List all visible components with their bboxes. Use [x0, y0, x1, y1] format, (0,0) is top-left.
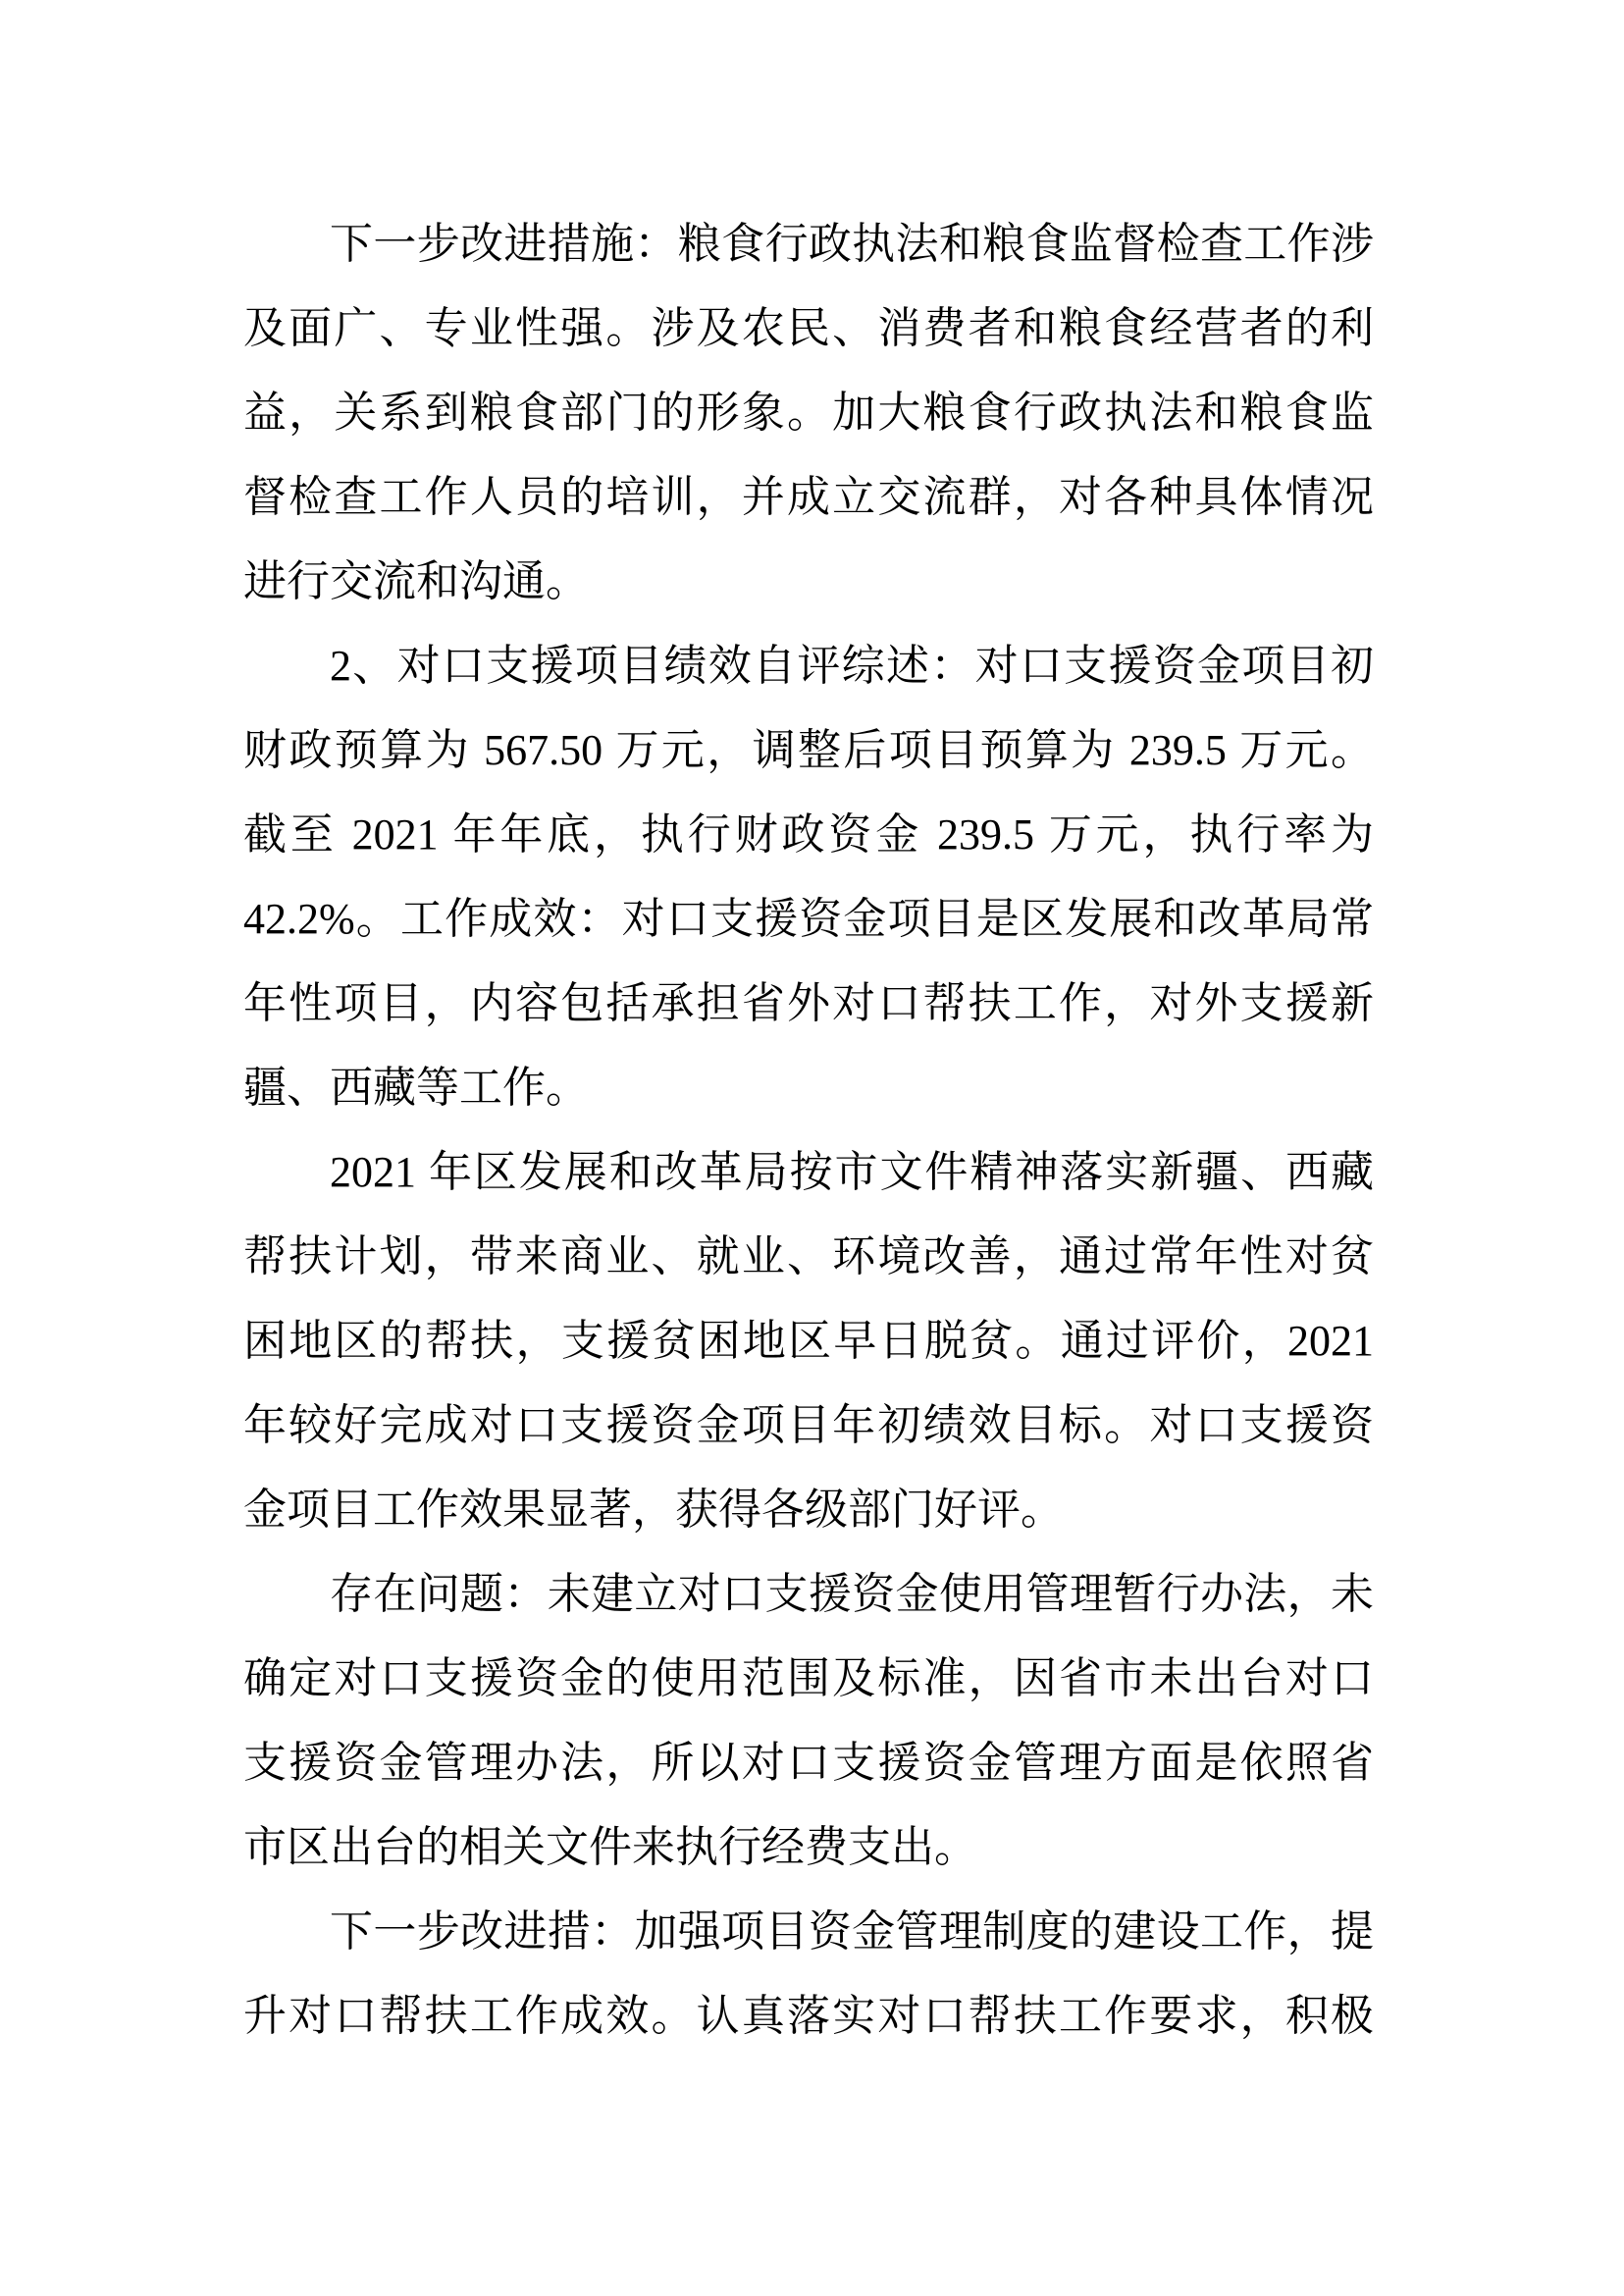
text-line: 督检查工作人员的培训，并成立交流群，对各种具体情况: [243, 455, 1374, 540]
text-line: 困地区的帮扶，支援贫困地区早日脱贫。通过评价，2021: [243, 1299, 1374, 1383]
text-line: 年性项目，内容包括承担省外对口帮扶工作，对外支援新: [243, 962, 1374, 1046]
text-line: 金项目工作效果显著，获得各级部门好评。: [243, 1468, 1374, 1552]
text-line: 年较好完成对口支援资金项目年初绩效目标。对口支援资: [243, 1383, 1374, 1468]
paragraph-improvement-measures-funds: 下一步改进措：加强项目资金管理制度的建设工作，提 升对口帮扶工作成效。认真落实对…: [243, 1890, 1374, 2059]
text-line: 帮扶计划，带来商业、就业、环境改善，通过常年性对贫: [243, 1215, 1374, 1299]
text-line: 存在问题：未建立对口支援资金使用管理暂行办法，未: [243, 1552, 1374, 1637]
text-line: 及面广、专业性强。涉及农民、消费者和粮食经营者的利: [243, 287, 1374, 371]
text-line: 42.2%。工作成效：对口支援资金项目是区发展和改革局常: [243, 877, 1374, 962]
paragraph-2021-assistance-plan: 2021 年区发展和改革局按市文件精神落实新疆、西藏 帮扶计划，带来商业、就业、…: [243, 1130, 1374, 1552]
text-line: 益，关系到粮食部门的形象。加大粮食行政执法和粮食监: [243, 371, 1374, 455]
paragraph-improvement-measures-grain: 下一步改进措施：粮食行政执法和粮食监督检查工作涉 及面广、专业性强。涉及农民、消…: [243, 202, 1374, 624]
text-line: 升对口帮扶工作成效。认真落实对口帮扶工作要求，积极: [243, 1974, 1374, 2059]
text-line: 下一步改进措：加强项目资金管理制度的建设工作，提: [243, 1890, 1374, 1974]
document-page: 下一步改进措施：粮食行政执法和粮食监督检查工作涉 及面广、专业性强。涉及农民、消…: [0, 0, 1624, 2296]
paragraph-existing-problems: 存在问题：未建立对口支援资金使用管理暂行办法，未 确定对口支援资金的使用范围及标…: [243, 1552, 1374, 1890]
text-line: 疆、西藏等工作。: [243, 1046, 1374, 1130]
document-text-block: 下一步改进措施：粮食行政执法和粮食监督检查工作涉 及面广、专业性强。涉及农民、消…: [243, 202, 1374, 2059]
text-line: 下一步改进措施：粮食行政执法和粮食监督检查工作涉: [243, 202, 1374, 287]
text-line: 财政预算为 567.50 万元，调整后项目预算为 239.5 万元。: [243, 708, 1374, 793]
text-line: 进行交流和沟通。: [243, 540, 1374, 624]
text-line: 截至 2021 年年底，执行财政资金 239.5 万元，执行率为: [243, 793, 1374, 877]
text-line: 2021 年区发展和改革局按市文件精神落实新疆、西藏: [243, 1130, 1374, 1215]
text-line: 支援资金管理办法，所以对口支援资金管理方面是依照省: [243, 1721, 1374, 1805]
text-line: 确定对口支援资金的使用范围及标准，因省市未出台对口: [243, 1637, 1374, 1721]
text-line: 2、对口支援项目绩效自评综述：对口支援资金项目初: [243, 624, 1374, 708]
text-line: 市区出台的相关文件来执行经费支出。: [243, 1805, 1374, 1890]
paragraph-counterpart-support-self-evaluation: 2、对口支援项目绩效自评综述：对口支援资金项目初 财政预算为 567.50 万元…: [243, 624, 1374, 1130]
